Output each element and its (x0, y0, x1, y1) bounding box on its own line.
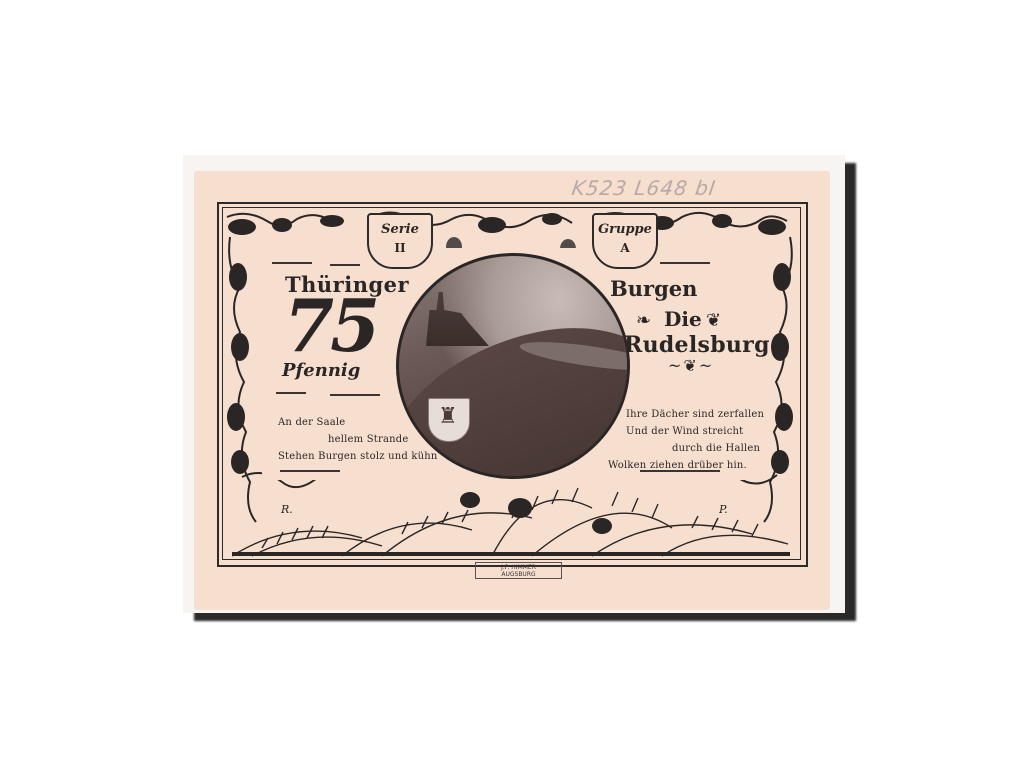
artist-initial-left: R. (281, 503, 293, 516)
artist-initial-right: P. (719, 503, 728, 516)
series-value: II (369, 241, 431, 255)
divider (276, 392, 306, 394)
divider (330, 264, 360, 266)
series-shield: Serie II (367, 213, 433, 269)
printer-name: J.P. HIMMER (476, 564, 561, 571)
group-label: Gruppe (594, 222, 656, 237)
poem-line: Und der Wind streicht (626, 423, 764, 440)
flourish-icon: ❦ (706, 310, 721, 331)
poem-line: Wolken ziehen drüber hin. (608, 457, 764, 474)
castle-silhouette (419, 286, 489, 346)
divider (272, 262, 312, 264)
flourish-icon: ❧ (636, 310, 651, 331)
poem-line: Ihre Dächer sind zerfallen (626, 406, 764, 423)
pencil-annotation: K523 L648 bI (570, 176, 717, 200)
ornament-icon: ~❦~ (668, 356, 714, 375)
group-shield: Gruppe A (592, 213, 658, 269)
poem-right: Ihre Dächer sind zerfallen Und der Wind … (626, 406, 764, 474)
divider (330, 394, 380, 396)
denomination-unit: Pfennig (282, 360, 360, 381)
castle-photo (396, 253, 630, 479)
coat-of-arms-lion-icon: ♜ (428, 398, 470, 442)
denomination: 75 (284, 290, 376, 362)
subject-rudelsburg: Rudelsburg (624, 332, 770, 358)
printer-imprint: J.P. HIMMER AUGSBURG (475, 562, 562, 579)
series-label: Serie (369, 222, 431, 237)
fir-branch-foliage (232, 478, 790, 558)
divider (280, 470, 340, 472)
title-burgen: Burgen (610, 276, 697, 301)
group-value: A (594, 241, 656, 255)
divider (660, 262, 710, 264)
subject-die: Die (664, 307, 702, 331)
poem-line: durch die Hallen (626, 440, 764, 457)
printer-city: AUGSBURG (476, 571, 561, 578)
